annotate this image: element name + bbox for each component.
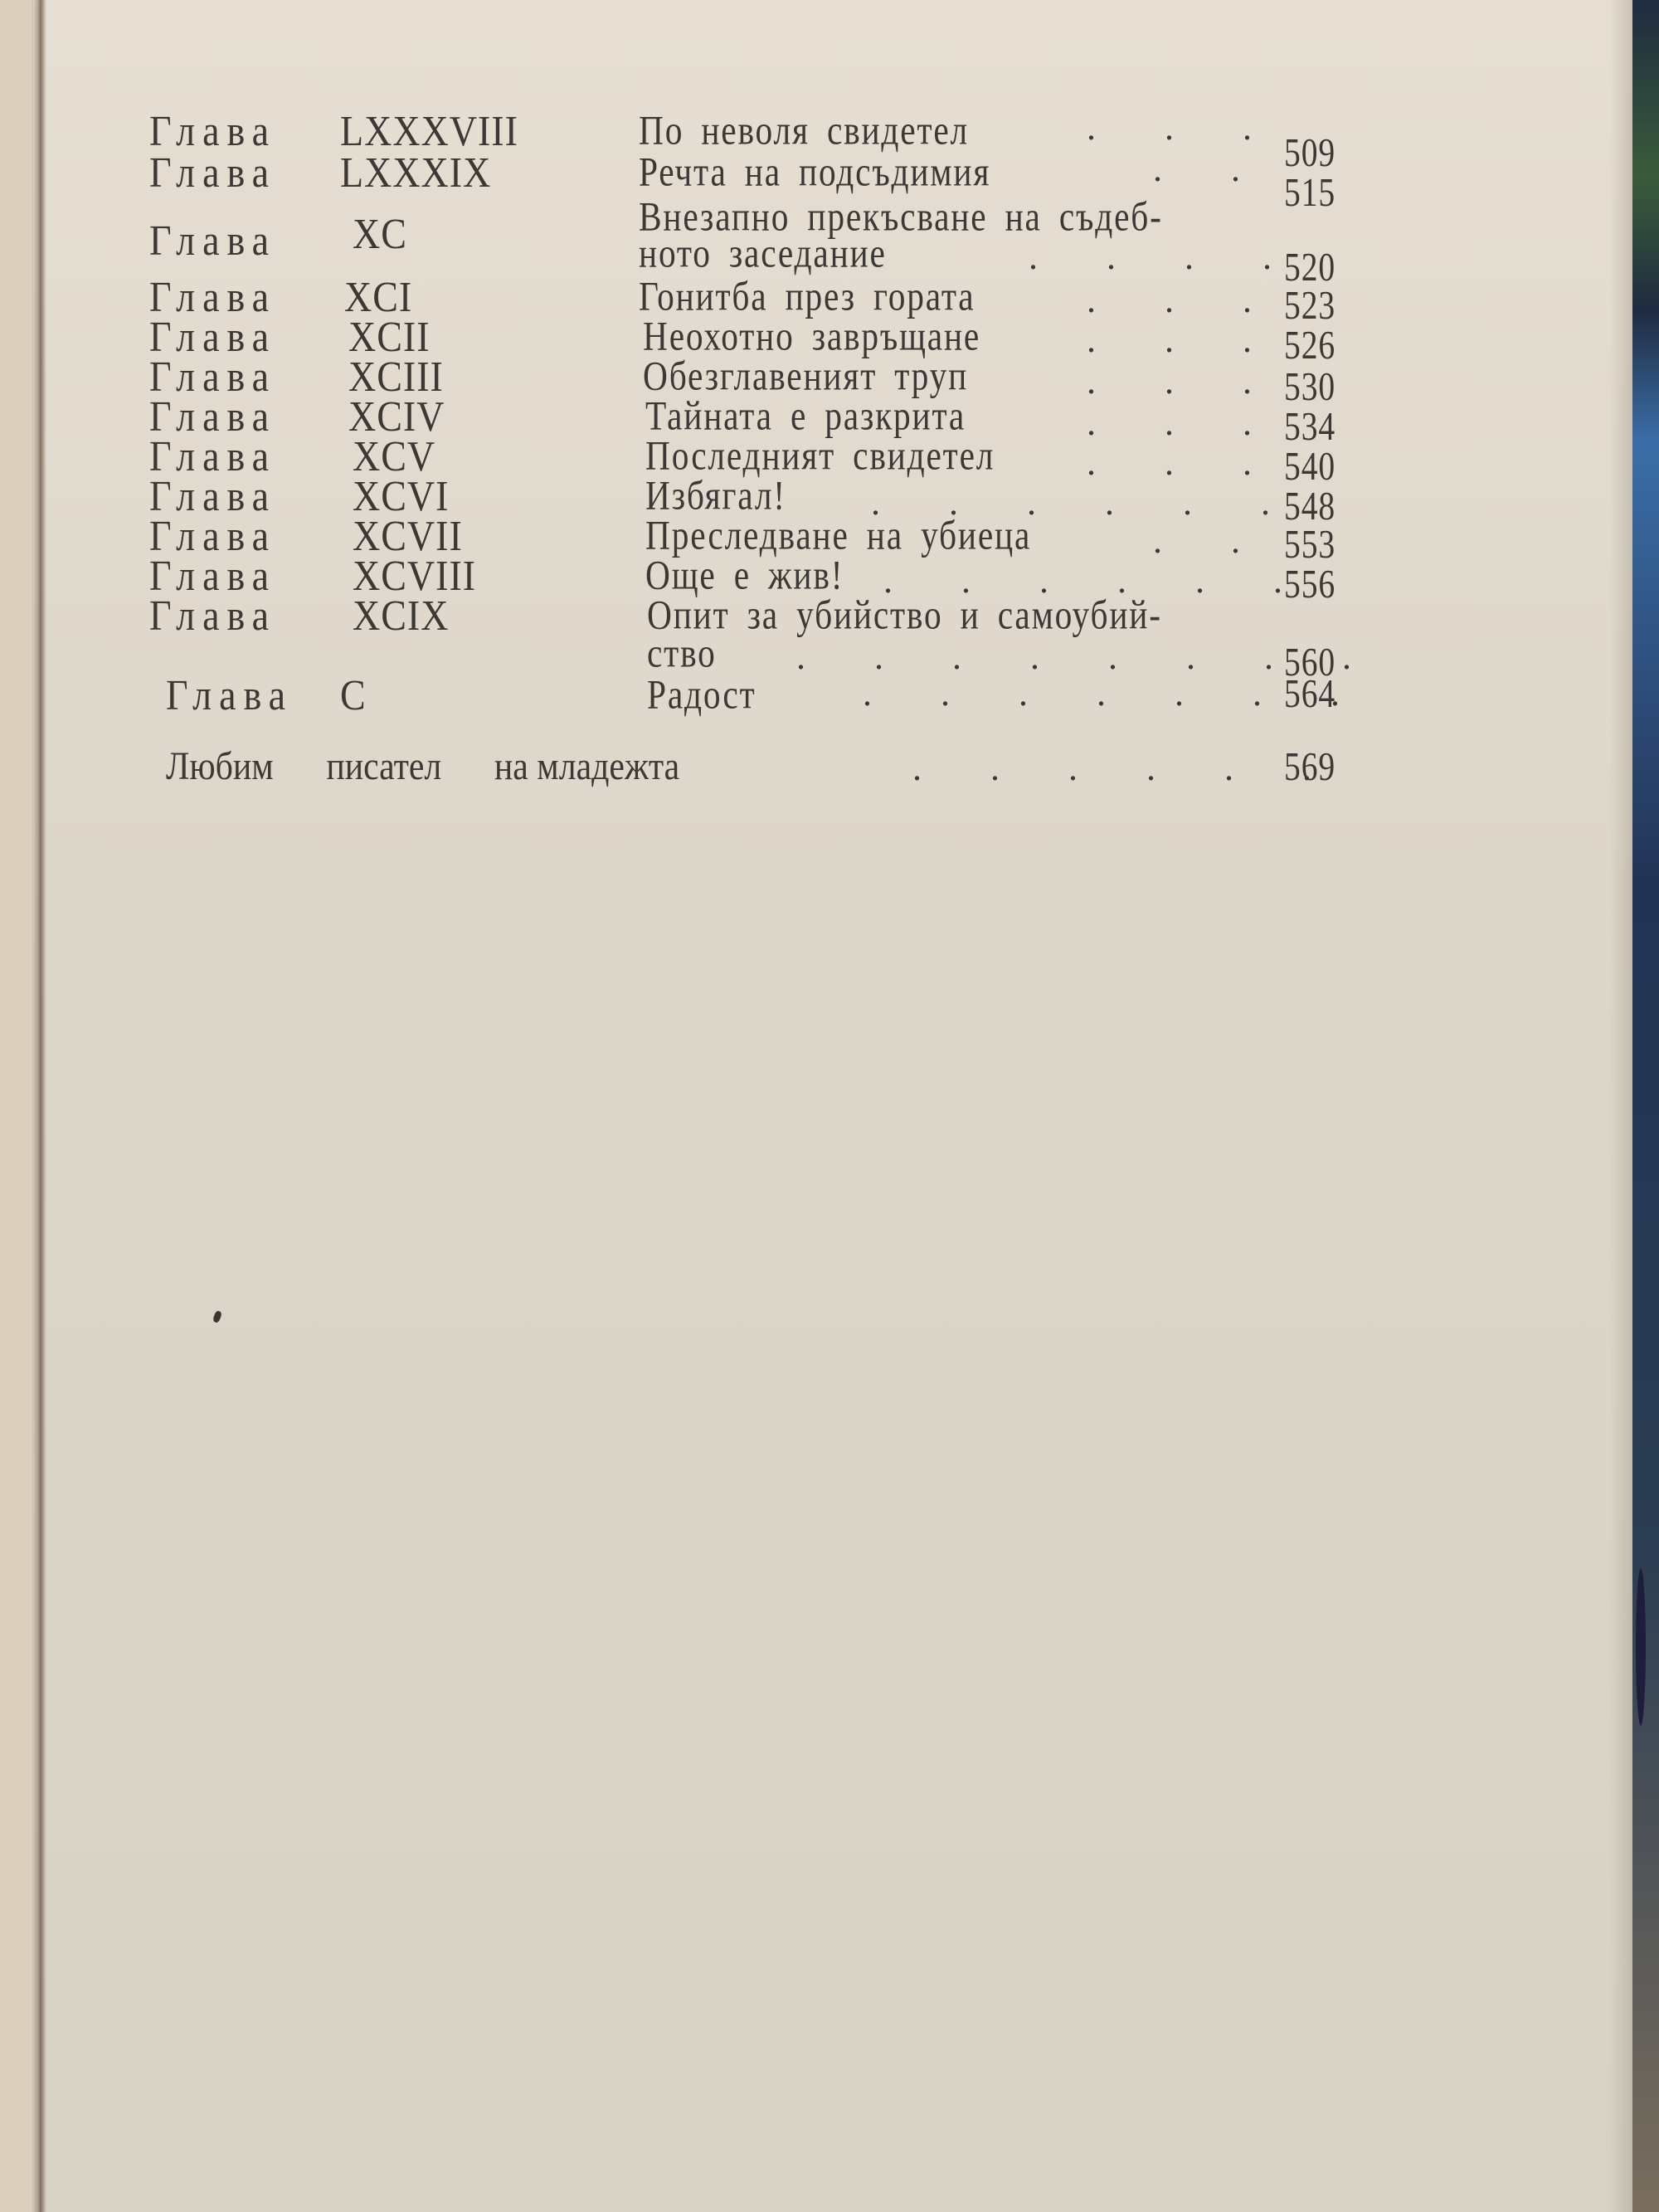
leader-dots: . . . [1087,360,1282,402]
afterword-word: на младежта [494,744,679,788]
page-edge-shadow [1609,0,1632,2212]
leader-dots: . . [1153,148,1270,190]
leader-dots: . . . [1087,279,1282,321]
chapter-label: Глава [149,216,276,265]
page-fold-line [32,0,46,2212]
afterword-entry: Любим писател на младежта [166,743,723,789]
previous-page-edge [0,0,33,2212]
leader-dots: . . . [1087,319,1282,361]
leader-dots: . . . . [1029,236,1301,278]
page-number: 564 [1284,670,1335,717]
leader-dots: . . . [1087,402,1282,444]
chapter-numeral: XCIX [353,591,449,640]
afterword-word: Любим [166,744,274,788]
chapter-label: Глава [166,670,293,719]
leader-dots: . . . [1087,441,1282,484]
afterword-word: писател [326,744,441,788]
page-number: 569 [1284,743,1335,790]
chapter-numeral: C [340,670,367,719]
page-number: 515 [1284,169,1335,216]
chapter-title-continued: ство [647,629,717,676]
chapter-numeral: XC [353,209,407,258]
ink-mark [1636,1568,1646,1726]
chapter-numeral: LXXXIX [340,148,491,197]
page-number: 526 [1284,322,1335,368]
background-surface [1632,0,1659,2212]
leader-dots: . . . [1087,106,1282,149]
chapter-title: Радост [647,670,756,718]
leader-dots: . . [1153,519,1270,562]
chapter-title: Опит за убийство и самоубий- [647,591,1162,638]
chapter-label: Глава [149,148,276,197]
chapter-label: Глава [149,591,276,640]
chapter-title: Речта на подсъдимия [639,148,990,195]
chapter-title-continued: ното заседание [639,229,887,276]
chapter-title: По неволя свидетел [639,106,969,153]
leader-dots: . . . . . . [912,747,1341,789]
page-number: 556 [1284,561,1335,607]
